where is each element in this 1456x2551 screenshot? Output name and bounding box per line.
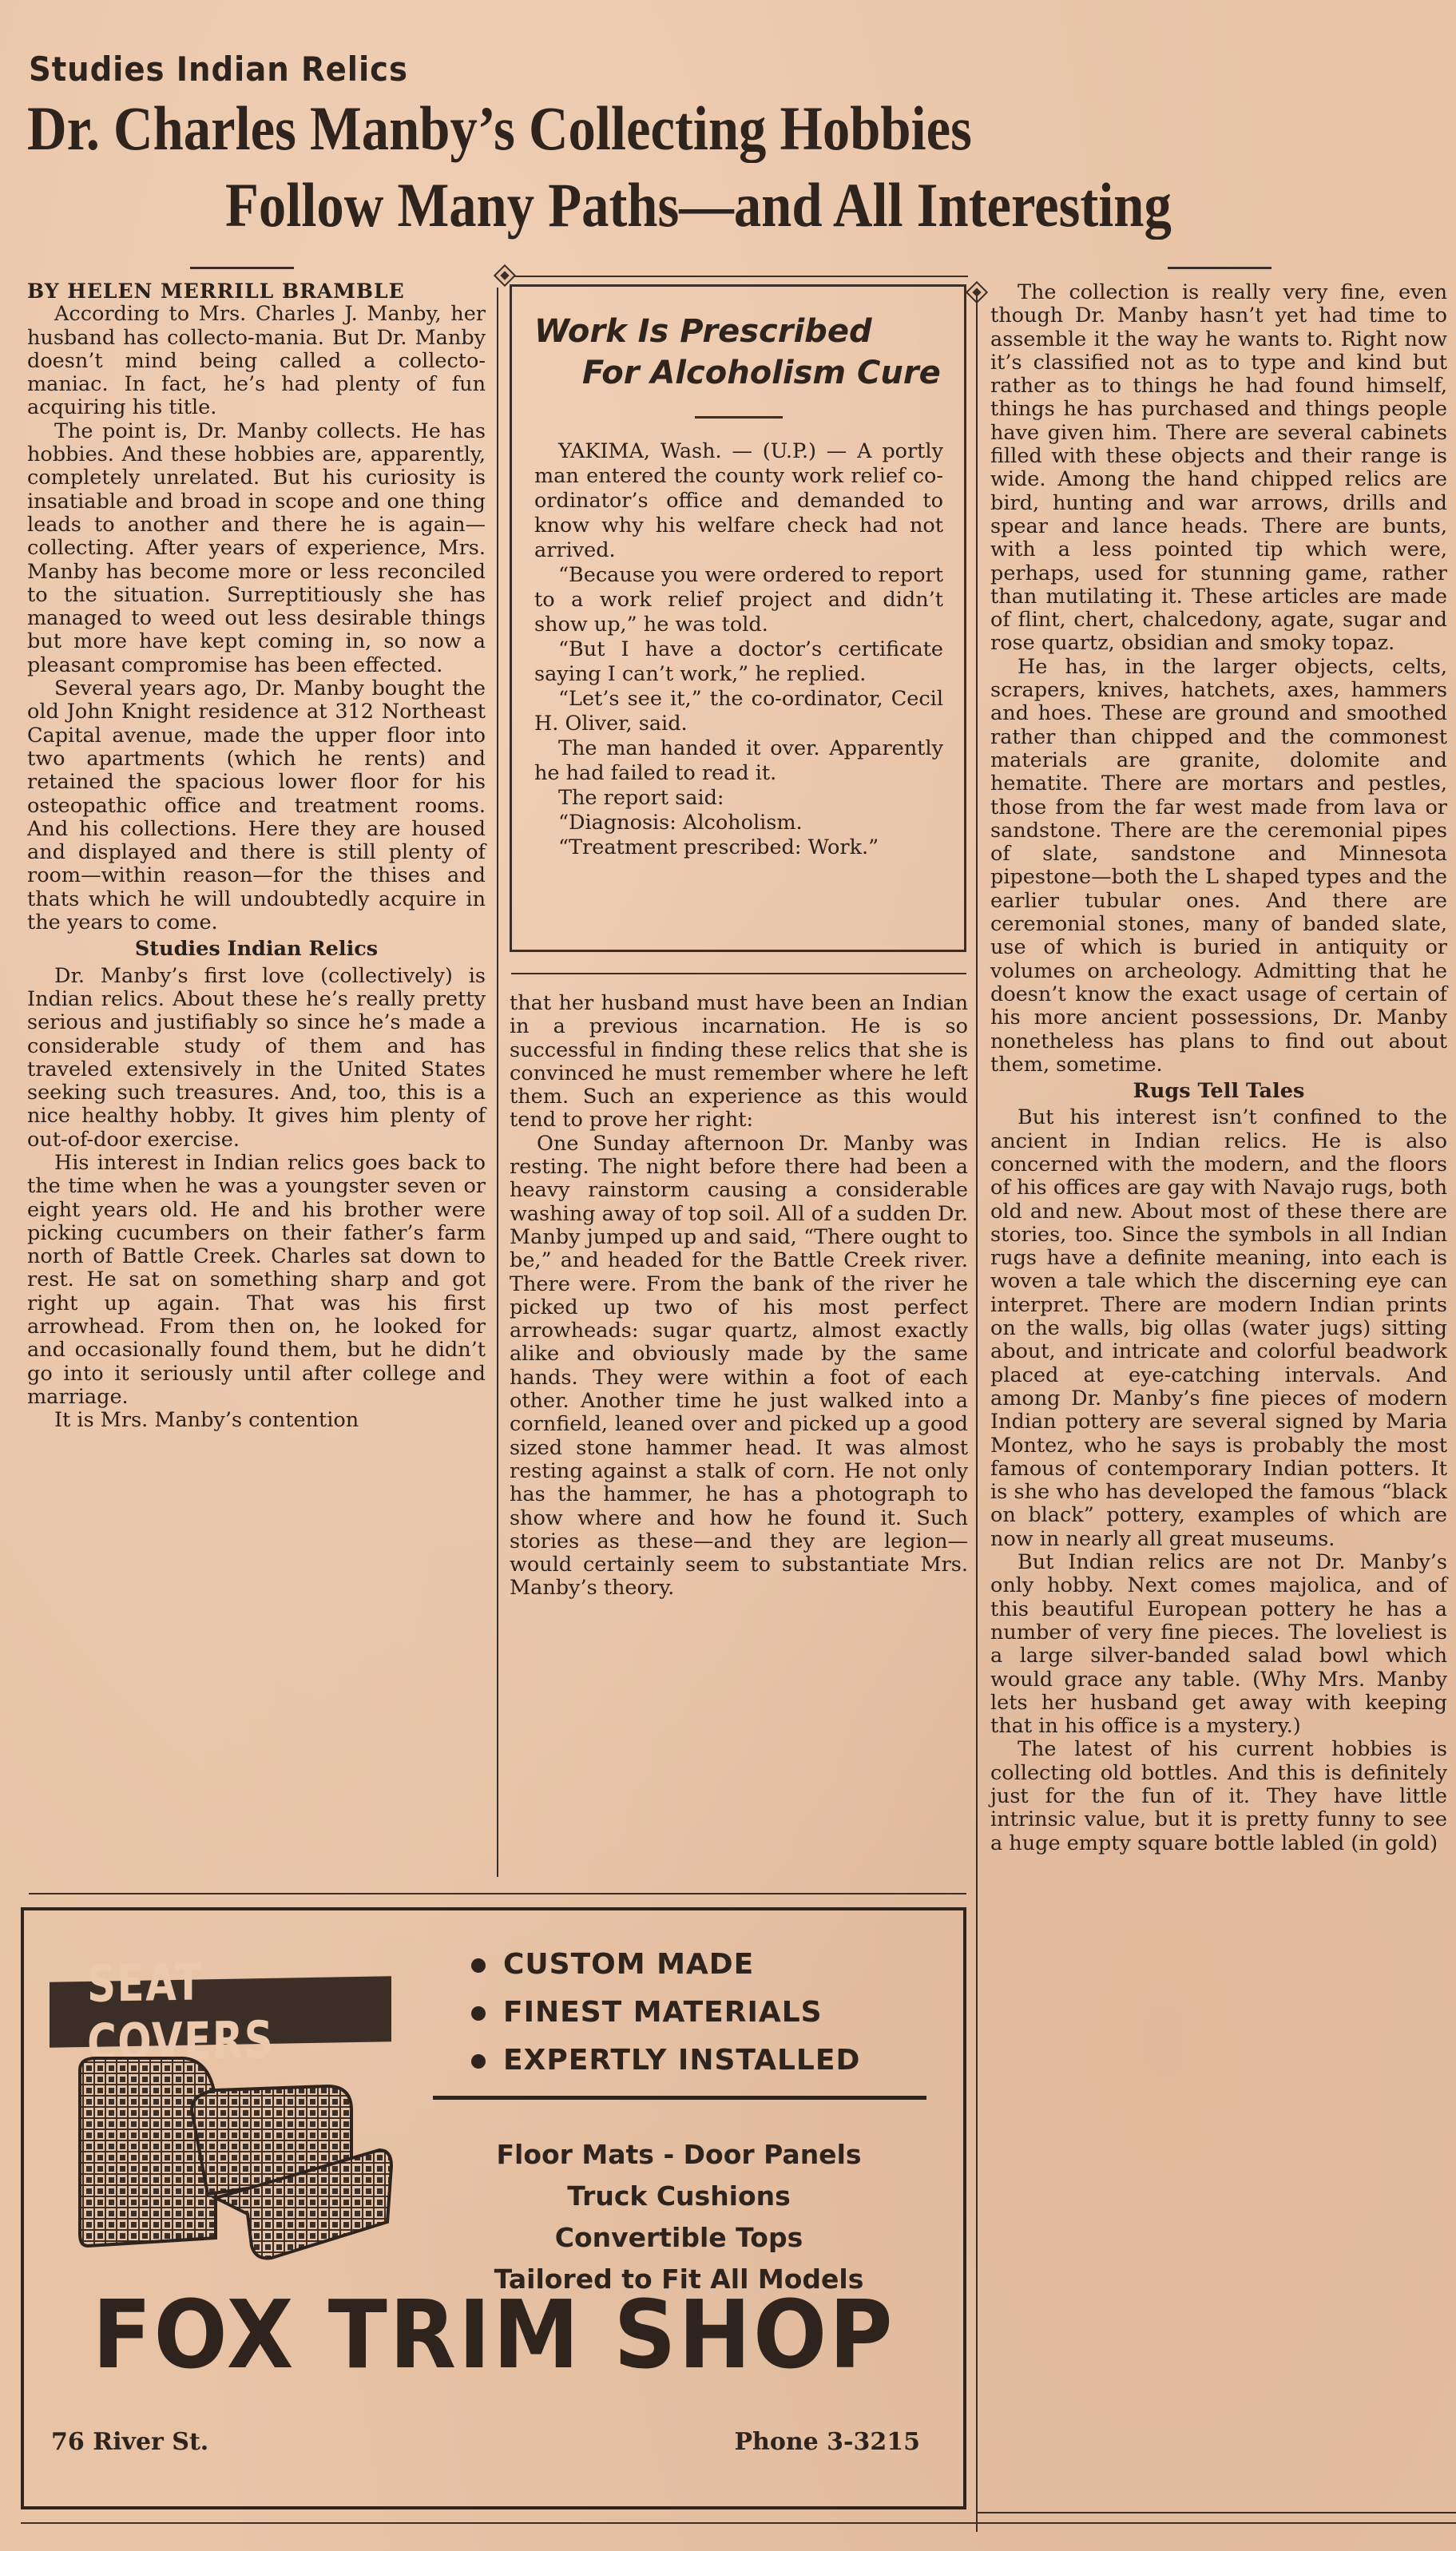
- sidebar-title-line-1: Work Is Prescribed: [534, 313, 872, 350]
- service-item: Floor Mats - Door Panels: [439, 2134, 918, 2176]
- paragraph: “But I have a doctor’s certificate sayin…: [534, 637, 943, 687]
- paragraph: One Sunday afternoon Dr. Manby was resti…: [510, 1133, 968, 1601]
- column-divider-1: [497, 288, 498, 1877]
- feature-bullets: CUSTOM MADE FINEST MATERIALS EXPERTLY IN…: [471, 1941, 860, 2085]
- paragraph: Dr. Manby’s first love (collectively) is…: [27, 965, 486, 1152]
- paragraph: Several years ago, Dr. Manby bought the …: [27, 677, 486, 934]
- paragraph: “Because you were ordered to report to a…: [534, 563, 943, 637]
- seat-covers-banner: SEAT COVERS: [50, 1976, 391, 2047]
- sidebar-story-box: Work Is Prescribed For Alcoholism Cure Y…: [510, 284, 966, 952]
- paragraph: “Treatment prescribed: Work.”: [534, 835, 943, 860]
- service-item: Convertible Tops: [439, 2217, 918, 2259]
- sidebar-story-title: Work Is Prescribed For Alcoholism Cure: [534, 311, 943, 394]
- paragraph: But Indian relics are not Dr. Manby’s on…: [990, 1551, 1447, 1738]
- shop-name: FOX TRIM SHOP: [61, 2279, 926, 2390]
- article-column-3: The collection is really very fine, even…: [990, 281, 1447, 1855]
- article-column-1: BY HELEN MERRILL BRAMBLE According to Mr…: [27, 280, 486, 1433]
- headline-line-1: Dr. Charles Manby’s Collecting Hobbies: [27, 97, 972, 160]
- paragraph: The report said:: [534, 786, 943, 811]
- box-bottom-double-rule: [511, 973, 966, 974]
- sidebar-title-rule: [695, 416, 783, 419]
- byline: BY HELEN MERRILL BRAMBLE: [27, 280, 486, 303]
- subhead-rugs-tell-tales: Rugs Tell Tales: [990, 1080, 1447, 1103]
- byline-rule: [190, 267, 294, 269]
- page-bottom-rule: [21, 2522, 1456, 2524]
- shop-address: 76 River St.: [51, 2428, 208, 2456]
- seat-covers-advertisement: SEAT COVERS CUSTOM MADE FINEST MATERIALS…: [21, 1907, 966, 2509]
- paragraph: that her husband must have been an India…: [510, 992, 968, 1133]
- sidebar-title-line-2: For Alcoholism Cure: [534, 352, 943, 394]
- feature-bullet: FINEST MATERIALS: [471, 1989, 860, 2037]
- sidebar-story-body: YAKIMA, Wash. — (U.P.) — A portly man en…: [534, 439, 943, 860]
- paragraph: “Let’s see it,” the co-ordinator, Cecil …: [534, 687, 943, 736]
- col3-bottom-rule: [976, 2512, 1456, 2513]
- paragraph: The collection is really very fine, even…: [990, 281, 1447, 656]
- bullet-dot-icon: [471, 2054, 486, 2069]
- kicker-headline: Studies Indian Relics: [29, 50, 408, 89]
- paragraph: He has, in the larger objects, celts, sc…: [990, 656, 1447, 1077]
- car-seat-illustration-icon: [64, 2054, 399, 2262]
- ad-divider-rule: [433, 2096, 926, 2100]
- headline-line-2: Follow Many Paths—and All Interesting: [225, 174, 1172, 236]
- col3-top-rule: [1168, 267, 1272, 269]
- paragraph: The point is, Dr. Manby collects. He has…: [27, 420, 486, 677]
- services-list: Floor Mats - Door Panels Truck Cushions …: [439, 2134, 918, 2300]
- ad-top-rule: [29, 1893, 966, 1894]
- article-column-2: that her husband must have been an India…: [510, 992, 968, 1601]
- shop-phone: Phone 3-3215: [734, 2428, 920, 2456]
- paragraph: YAKIMA, Wash. — (U.P.) — A portly man en…: [534, 439, 943, 563]
- box-top-rule: [508, 276, 968, 277]
- paragraph: According to Mrs. Charles J. Manby, her …: [27, 303, 486, 419]
- feature-bullet: EXPERTLY INSTALLED: [471, 2037, 860, 2085]
- diamond-ornament-left: [494, 264, 516, 287]
- feature-bullet: CUSTOM MADE: [471, 1941, 860, 1989]
- paragraph: The man handed it over. Apparently he ha…: [534, 736, 943, 786]
- paragraph: His interest in Indian relics goes back …: [27, 1152, 486, 1409]
- bullet-dot-icon: [471, 1958, 486, 1973]
- paragraph: It is Mrs. Manby’s contention: [27, 1409, 486, 1432]
- bullet-dot-icon: [471, 2006, 486, 2021]
- subhead-studies-indian-relics: Studies Indian Relics: [27, 938, 486, 961]
- column-divider-2: [976, 296, 978, 2532]
- paragraph: But his interest isn’t confined to the a…: [990, 1106, 1447, 1551]
- paragraph: “Diagnosis: Alcoholism.: [534, 811, 943, 835]
- paragraph: The latest of his current hobbies is col…: [990, 1738, 1447, 1855]
- service-item: Truck Cushions: [439, 2176, 918, 2217]
